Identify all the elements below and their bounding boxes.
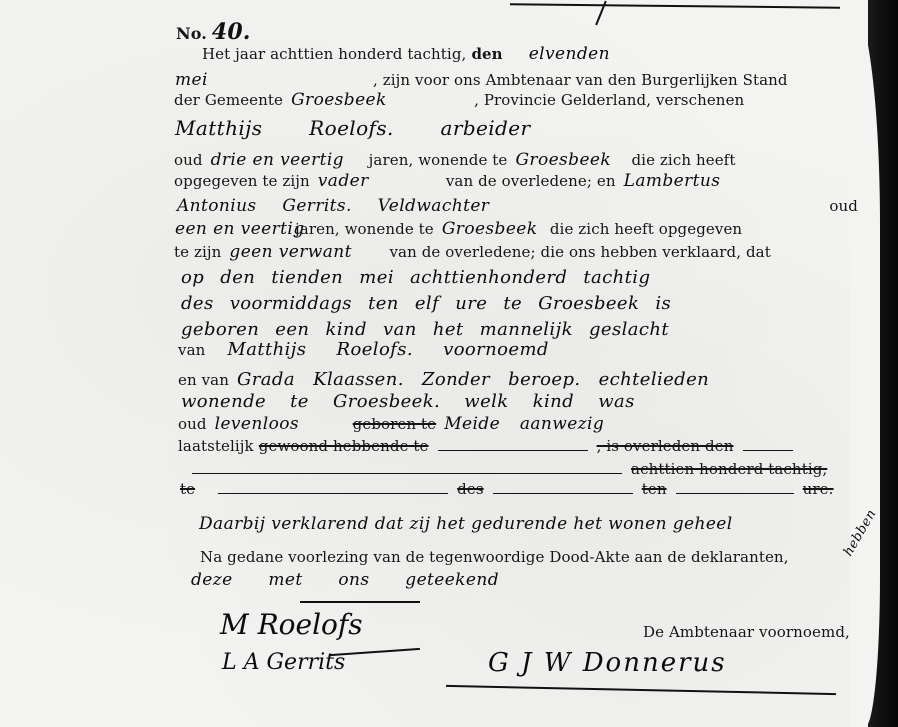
previous-record-rule — [510, 3, 840, 8]
record-number-value: 40. — [212, 19, 251, 45]
handwritten-day: elvenden — [526, 44, 613, 64]
handwritten-relation: vader — [315, 171, 441, 191]
handwritten-declaration: Daarbij verklarend dat zij het gedurende… — [196, 514, 736, 534]
line-mother: en van Grada Klaassen. Zonder beroep. ec… — [178, 370, 712, 390]
blank-field — [192, 461, 622, 474]
line-date: Het jaar achttien honderd tachtig, den e… — [202, 44, 613, 64]
printed-text: jaren, wonende te — [369, 151, 508, 169]
line-age-birthplace: oud levenloos geboren te Meide aanwezig — [178, 414, 607, 434]
line-declarant-2-relation: te zijn geen verwant van de overledene; … — [174, 242, 771, 262]
handwritten-event-time: des voormiddags ten elf ure te Groesbeek… — [178, 293, 674, 314]
line-signed: deze met ons geteekend — [188, 570, 502, 590]
blank-field — [438, 438, 588, 451]
struck-printed-text: des — [457, 480, 483, 498]
handwritten-declarant-1: Matthijs Roelofs. arbeider — [172, 116, 533, 140]
handwritten-signed-statement: deze met ons geteekend — [188, 570, 502, 590]
line-declarant-1-name: Matthijs Roelofs. arbeider — [172, 118, 533, 140]
printed-text: oud — [829, 196, 858, 216]
blank-field — [218, 481, 448, 494]
printed-text: den — [471, 45, 502, 63]
handwritten-declarant-2: Antonius Gerrits. Veldwachter — [174, 196, 492, 216]
line-event-date: op den tienden mei achttienhonderd tacht… — [178, 268, 653, 288]
page-edge-curve — [850, 0, 880, 727]
line-declarant-2-age: een en veertig jaren, wonende te Groesbe… — [172, 219, 742, 239]
line-municipality: der Gemeente Groesbeek , Provincie Gelde… — [174, 90, 744, 110]
handwritten-mother: Grada Klaassen. Zonder beroep. echtelied… — [234, 369, 712, 390]
struck-printed-text: gewoond hebbende te — [259, 437, 429, 455]
record-number: No. 40. — [176, 22, 251, 44]
handwritten-relation: geen verwant — [226, 242, 384, 262]
blank-field — [676, 481, 794, 494]
handwritten-father: Matthijs Roelofs. voornoemd — [224, 339, 551, 360]
handwritten-residence: Groesbeek — [439, 219, 545, 239]
line-reading: Na gedane voorlezing van de tegenwoordig… — [200, 547, 789, 567]
handwritten-note: Meide aanwezig — [441, 414, 607, 434]
signature-declarant-1: M Roelofs — [220, 608, 363, 641]
printed-text: van — [178, 341, 205, 359]
handwritten-residence: wonende te Groesbeek. welk kind was — [178, 391, 638, 412]
printed-text: , Provincie Gelderland, verschenen — [474, 91, 744, 109]
line-father: van Matthijs Roelofs. voornoemd — [178, 340, 552, 360]
printed-text: Het jaar achttien honderd tachtig, — [202, 45, 466, 63]
line-month: mei , zijn voor ons Ambtenaar van den Bu… — [172, 70, 788, 90]
struck-printed-text: achttien honderd tachtig, — [631, 460, 827, 478]
line-parents-residence: wonende te Groesbeek. welk kind was — [178, 392, 638, 412]
line-event-time-place: des voormiddags ten elf ure te Groesbeek… — [178, 294, 674, 314]
line-official-caption: De Ambtenaar voornoemd, — [643, 622, 850, 642]
line-place-time-blank: te des ten ure. — [180, 479, 834, 499]
handwritten-municipality: Groesbeek — [288, 90, 469, 110]
signature-flourish — [300, 601, 420, 603]
line-declarant-1-age: oud drie en veertig jaren, wonende te Gr… — [174, 150, 735, 170]
struck-printed-text: geboren te — [353, 415, 437, 433]
printed-text: en van — [178, 371, 229, 389]
signature-official: G J W Donnerus — [488, 648, 727, 678]
handwritten-stillborn: levenloos — [212, 414, 348, 434]
blank-field — [743, 438, 793, 451]
struck-printed-text: , is overleden den — [597, 437, 734, 455]
printed-text: van de overledene; die ons hebben verkla… — [389, 243, 770, 261]
struck-printed-text: ten — [642, 480, 667, 498]
line-year-blank: achttien honderd tachtig, — [188, 459, 827, 479]
handwritten-residence: Groesbeek — [512, 150, 626, 170]
document-page: No. 40. Het jaar achttien honderd tachti… — [0, 0, 898, 727]
printed-text: die zich heeft — [631, 151, 735, 169]
line-declarant-1-relation: opgegeven te zijn vader van de overleden… — [174, 171, 723, 191]
handwritten-event-date: op den tienden mei achttienhonderd tacht… — [178, 267, 653, 288]
handwritten-age: een en veertig — [172, 219, 290, 239]
struck-printed-text: te — [180, 480, 195, 498]
line-last-residence: laatstelijk gewoond hebbende te , is ove… — [178, 436, 797, 456]
record-number-label: No. — [176, 24, 207, 43]
printed-text: , zijn voor ons Ambtenaar van den Burger… — [373, 71, 788, 89]
printed-text: jaren, wonende te — [295, 220, 434, 238]
handwritten-age: drie en veertig — [208, 150, 364, 170]
handwritten-event-description: geboren een kind van het mannelijk gesla… — [178, 319, 672, 340]
printed-text: De Ambtenaar voornoemd, — [643, 623, 850, 641]
printed-text: Na gedane voorlezing van de tegenwoordig… — [200, 548, 789, 566]
handwritten-declarant-2-first: Lambertus — [621, 171, 724, 191]
blank-field — [493, 481, 633, 494]
line-additional-declaration: Daarbij verklarend dat zij het gedurende… — [196, 514, 736, 534]
printed-text: die zich heeft opgegeven — [550, 220, 742, 238]
struck-printed-text: ure. — [803, 480, 834, 498]
printed-text: oud — [178, 415, 207, 433]
signature-official-underline — [446, 685, 836, 695]
printed-text: van de overledene; en — [446, 172, 616, 190]
line-declarant-2-name: Antonius Gerrits. Veldwachter oud — [174, 196, 858, 216]
printed-text: laatstelijk — [178, 437, 254, 455]
printed-text: der Gemeente — [174, 91, 283, 109]
printed-text: oud — [174, 151, 203, 169]
printed-text: te zijn — [174, 243, 221, 261]
handwritten-month: mei — [172, 70, 368, 90]
printed-text: opgegeven te zijn — [174, 172, 310, 190]
line-event-description: geboren een kind van het mannelijk gesla… — [178, 320, 672, 340]
signature-declarant-2: L A Gerrits — [222, 650, 345, 675]
